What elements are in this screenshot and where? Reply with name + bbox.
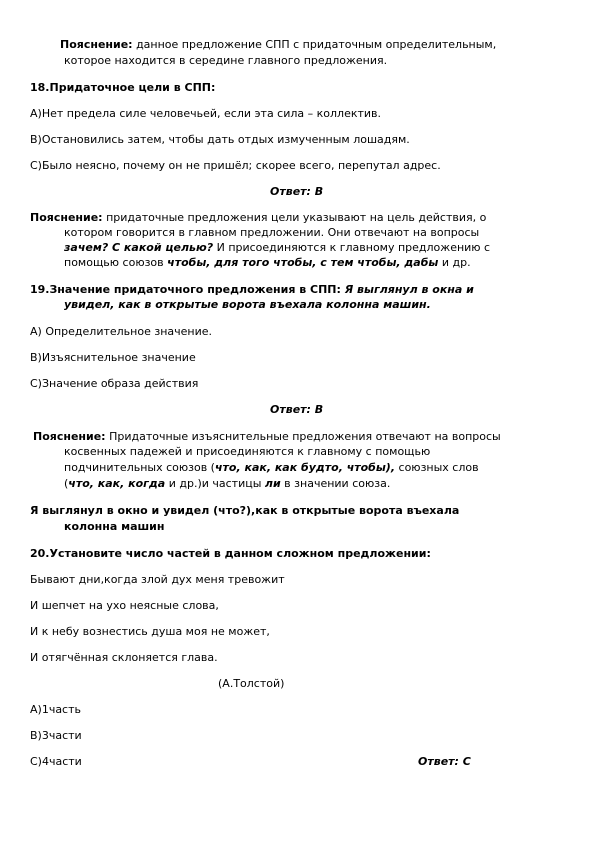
poem-author: (А.Толстой) [218, 677, 284, 690]
q19-explanation-line2: косвенных падежей и присоединяются к гла… [64, 445, 430, 458]
explanation-intro-line2: которое находится в середине главного пр… [64, 54, 387, 67]
poem-line: И отягчённая склоняется глава. [30, 651, 218, 664]
emphasis: что, как, когда [68, 477, 165, 490]
question-18-title: 18.Придаточное цели в СПП: [30, 81, 215, 94]
q20-option-c: С)4части [30, 755, 82, 768]
emphasis: ли [265, 477, 281, 490]
q19-example-line2: колонна машин [64, 520, 165, 533]
explanation-text: помощью союзов [64, 256, 167, 269]
question-19-title: 19.Значение придаточного предложения в С… [30, 283, 474, 296]
emphasis: зачем? С какой целью? [64, 241, 213, 254]
explanation-text: придаточные предложения цели указывают н… [103, 211, 487, 224]
explanation-text: данное предложение СПП с придаточным опр… [133, 38, 497, 51]
poem-line: И шепчет на ухо неясные слова, [30, 599, 219, 612]
q18-option-b: В)Остановились затем, чтобы дать отдых и… [30, 133, 410, 146]
question-19-title-line2: увидел, как в открытые ворота въехала ко… [64, 298, 431, 311]
explanation-text: подчинительных союзов ( [64, 461, 215, 474]
explanation-text: и др.)и частицы [165, 477, 265, 490]
q18-explanation-line3: зачем? С какой целью? И присоединяются к… [64, 241, 490, 254]
q19-option-b: В)Изъяснительное значение [30, 351, 196, 364]
q19-explanation-line3: подчинительных союзов (что, как, как буд… [64, 461, 479, 474]
question-text: 19.Значение придаточного предложения в С… [30, 283, 345, 296]
explanation-label: Пояснение: [30, 211, 103, 224]
q19-answer: Ответ: В [270, 403, 323, 416]
explanation-text: союзных слов [395, 461, 479, 474]
q18-option-a: А)Нет предела силе человечьей, если эта … [30, 107, 381, 120]
explanation-intro-line1: Пояснение: данное предложение СПП с прид… [60, 38, 496, 51]
q20-answer: Ответ: С [418, 755, 471, 768]
q18-answer: Ответ: В [270, 185, 323, 198]
emphasis: чтобы, для того чтобы, с тем чтобы, дабы [167, 256, 438, 269]
emphasis: что, как, как будто, чтобы), [215, 461, 395, 474]
emphasis: Я выглянул в окна и [345, 283, 474, 296]
q19-option-c: С)Значение образа действия [30, 377, 198, 390]
q18-explanation-line2: котором говорится в главном предложении.… [64, 226, 479, 239]
q20-option-a: А)1часть [30, 703, 81, 716]
q19-explanation-line1: Пояснение: Придаточные изъяснительные пр… [33, 430, 501, 443]
explanation-label: Пояснение: [60, 38, 133, 51]
q19-example-line1: Я выглянул в окно и увидел (что?),как в … [30, 504, 459, 517]
explanation-text: И присоединяются к главному предложению … [213, 241, 490, 254]
explanation-text: и др. [438, 256, 470, 269]
q20-option-b: В)3части [30, 729, 82, 742]
poem-line: И к небу вознестись душа моя не может, [30, 625, 270, 638]
question-20-title: 20.Установите число частей в данном слож… [30, 547, 431, 560]
q19-explanation-line4: (что, как, когда и др.)и частицы ли в зн… [64, 477, 390, 490]
q18-option-c: С)Было неясно, почему он не пришёл; скор… [30, 159, 441, 172]
explanation-text: Придаточные изъяснительные предложения о… [106, 430, 501, 443]
poem-line: Бывают дни,когда злой дух меня тревожит [30, 573, 285, 586]
explanation-text: в значении союза. [281, 477, 391, 490]
q18-explanation-line1: Пояснение: придаточные предложения цели … [30, 211, 486, 224]
q18-explanation-line4: помощью союзов чтобы, для того чтобы, с … [64, 256, 471, 269]
q19-option-a: А) Определительное значение. [30, 325, 212, 338]
explanation-label: Пояснение: [33, 430, 106, 443]
